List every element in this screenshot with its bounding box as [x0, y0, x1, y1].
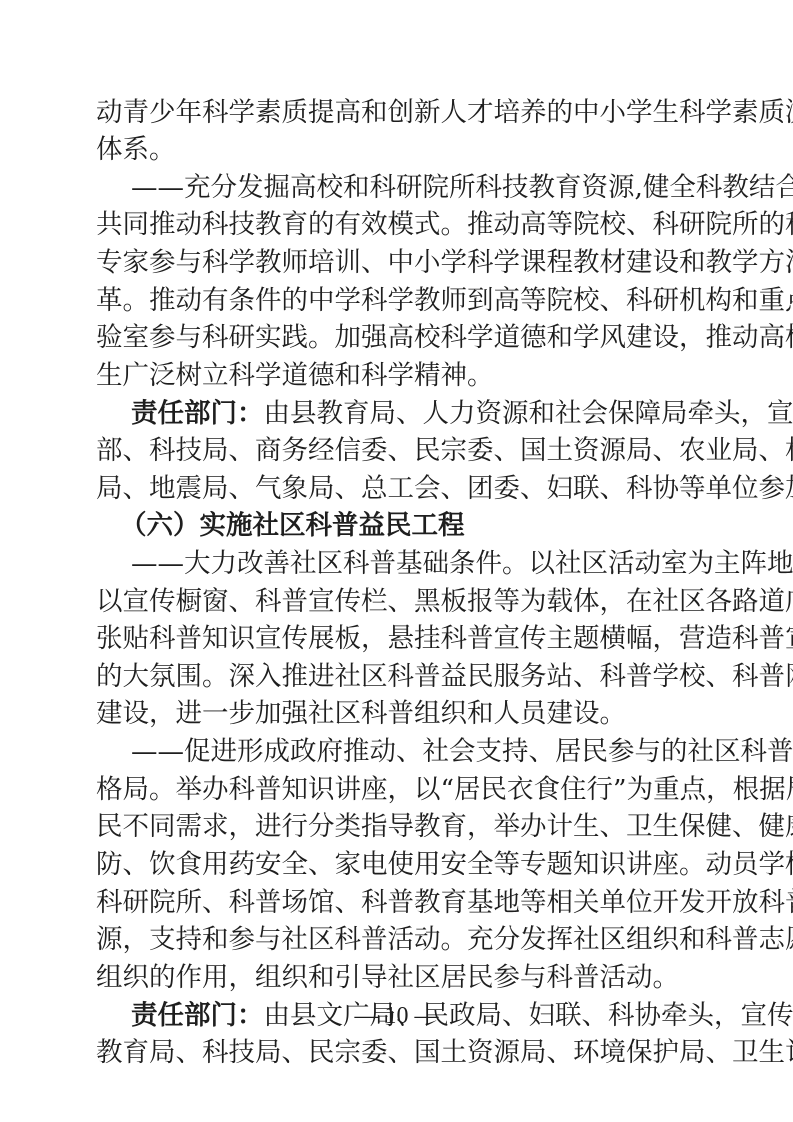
body-line: 民不同需求，进行分类指导教育，举办计生、卫生保健、健康预 [96, 808, 692, 845]
paragraph-start-line: ——充分发掘高校和科研院所科技教育资源,健全科教结合、 [131, 169, 692, 206]
body-line: 教育局、科技局、民宗委、国土资源局、环境保护局、卫生计生 [96, 1034, 692, 1071]
body-line: 生广泛树立科学道德和科学精神。 [96, 357, 692, 394]
body-line: 格局。举办科普知识讲座，以“居民衣食住行”为重点，根据居 [96, 771, 692, 808]
body-line: 组织的作用，组织和引导社区居民参与科普活动。 [96, 959, 692, 996]
body-line: 局、地震局、气象局、总工会、团委、妇联、科协等单位参加。 [96, 470, 692, 507]
body-line: 体系。 [96, 131, 692, 168]
document-page: 动青少年科学素质提高和创新人才培养的中小学生科学素质测评 体系。 ——充分发掘高… [0, 0, 793, 1122]
paragraph-start-line: ——大力改善社区科普基础条件。以社区活动室为主阵地， [131, 545, 692, 582]
paragraph-start-line: ——促进形成政府推动、社会支持、居民参与的社区科普新 [131, 733, 692, 770]
body-line: 建设，进一步加强社区科普组织和人员建设。 [96, 695, 692, 732]
body-line: 专家参与科学教师培训、中小学科学课程教材建设和教学方法改 [96, 244, 692, 281]
body-line: 动青少年科学素质提高和创新人才培养的中小学生科学素质测评 [96, 94, 692, 131]
responsibility-line: 责任部门：由县教育局、人力资源和社会保障局牵头，宣传 [131, 395, 692, 432]
body-line: 张贴科普知识宣传展板，悬挂科普宣传主题横幅，营造科普宣传 [96, 620, 692, 657]
body-line: 共同推动科技教育的有效模式。推动高等院校、科研院所的科技 [96, 206, 692, 243]
body-line: 部、科技局、商务经信委、民宗委、国土资源局、农业局、林业 [96, 432, 692, 469]
body-line: 防、饮食用药安全、家电使用安全等专题知识讲座。动员学校、 [96, 846, 692, 883]
responsibility-text: 由县教育局、人力资源和社会保障局牵头，宣传 [264, 398, 793, 429]
section-heading: （六）实施社区科普益民工程 [120, 507, 681, 544]
body-line: 革。推动有条件的中学科学教师到高等院校、科研机构和重点实 [96, 282, 692, 319]
body-line: 的大氛围。深入推进社区科普益民服务站、科普学校、科普网络 [96, 658, 692, 695]
responsibility-label: 责任部门： [131, 398, 264, 429]
body-line: 科研院所、科普场馆、科普教育基地等相关单位开发开放科普资 [96, 884, 692, 921]
body-line: 源，支持和参与社区科普活动。充分发挥社区组织和科普志愿者 [96, 921, 692, 958]
body-line: 验室参与科研实践。加强高校科学道德和学风建设，推动高校师 [96, 319, 692, 356]
body-line: 以宣传橱窗、科普宣传栏、黑板报等为载体，在社区各路道广泛 [96, 583, 692, 620]
page-number: — 10 — [0, 1000, 793, 1032]
